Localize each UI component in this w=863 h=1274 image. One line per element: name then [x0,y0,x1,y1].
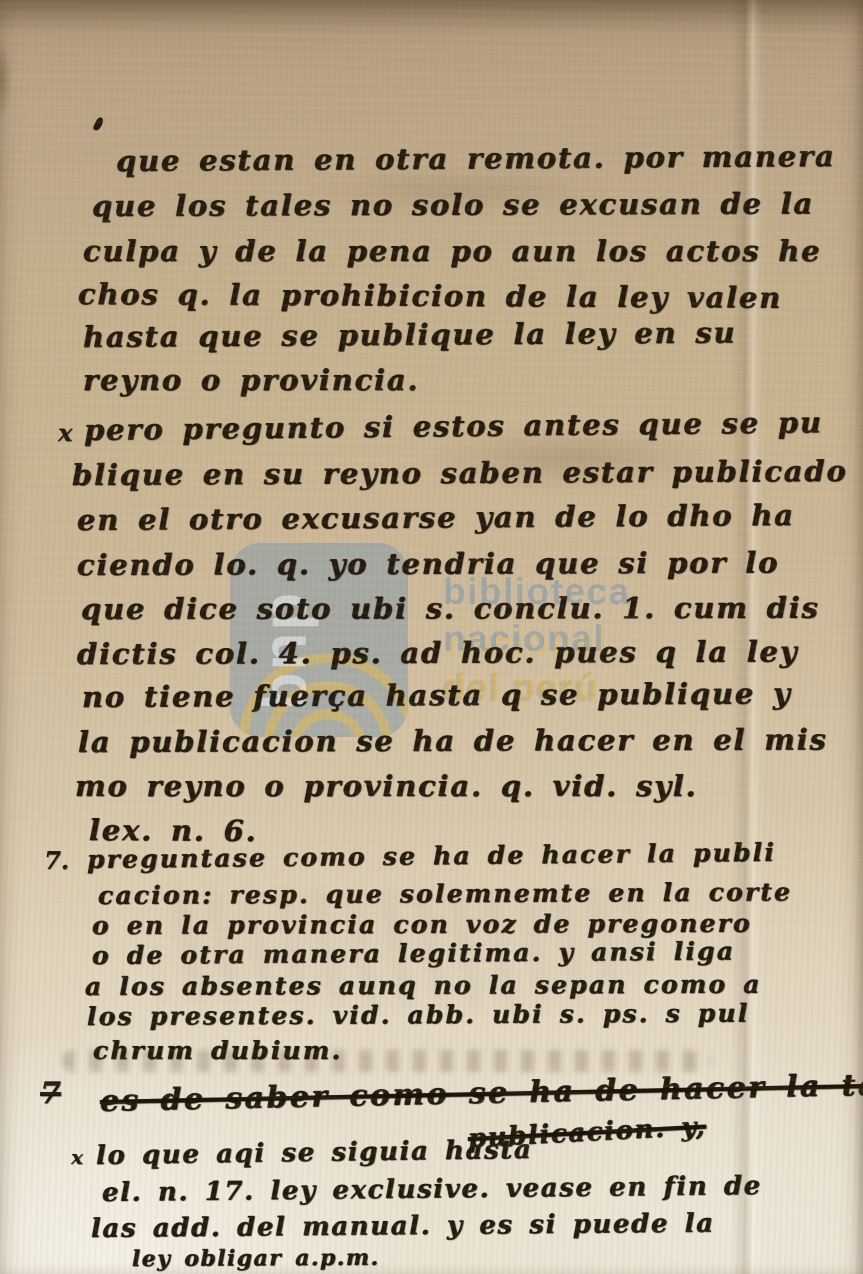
scan-vignette [0,0,863,1274]
manuscript-page: bnp biblioteca nacional del perú que est… [0,0,863,1274]
